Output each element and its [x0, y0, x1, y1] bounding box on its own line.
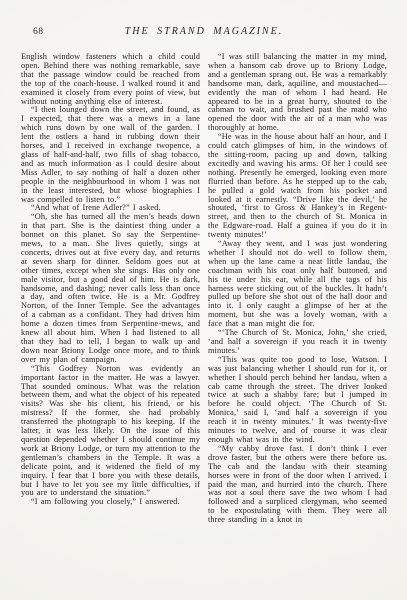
text-columns: English window fasteners which a child c… — [21, 53, 387, 589]
paragraph: “My cabby drove fast. I don’t think I ev… — [208, 445, 387, 525]
paragraph: “‘The Church of St. Monica, John,’ she c… — [208, 329, 387, 356]
paragraph: “I then lounged down the street, and fou… — [21, 106, 200, 204]
paragraph: “This was quite too good to lose, Watson… — [208, 356, 387, 445]
column-right: “I was still balancing the matter in my … — [208, 53, 387, 589]
running-head: 68 THE STRAND MAGAZINE. — [21, 26, 387, 40]
paragraph: “He was in the house about half an hour,… — [208, 133, 387, 240]
column-left: English window fasteners which a child c… — [21, 53, 200, 589]
paragraph: English window fasteners which a child c… — [21, 53, 200, 106]
paragraph: “This Godfrey Norton was evidently an im… — [21, 365, 200, 499]
page-title: THE STRAND MAGAZINE. — [21, 26, 387, 37]
paragraph: “Oh, she has turned all the men’s heads … — [21, 213, 200, 364]
magazine-page: 68 THE STRAND MAGAZINE. English window f… — [0, 0, 407, 600]
paragraph: “I am following you closely,” I answered… — [21, 498, 200, 507]
paragraph: “Away they went, and I was just wonderin… — [208, 240, 387, 329]
paragraph: “I was still balancing the matter in my … — [208, 53, 387, 133]
